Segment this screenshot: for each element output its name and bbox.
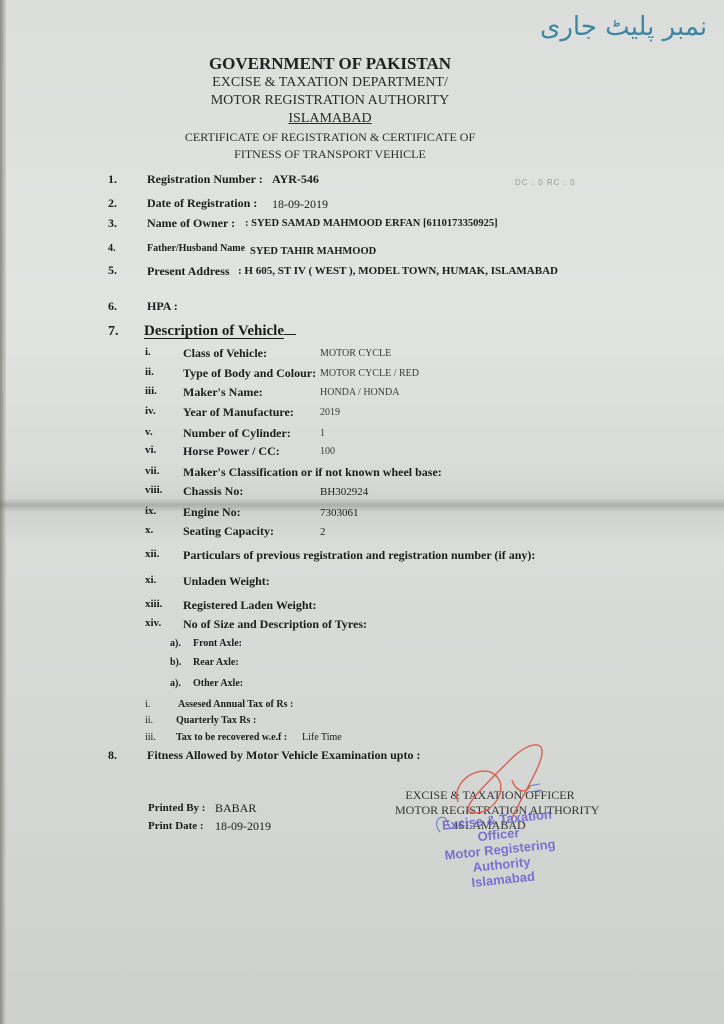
fitness-label: Fitness Allowed by Motor Vehicle Examina… <box>147 748 420 763</box>
registration-date-label: Date of Registration : <box>147 196 257 211</box>
tax-field-label: Tax to be recovered w.e.f : <box>176 732 287 743</box>
tax-item-number: ii. <box>145 715 153 726</box>
registration-date-value: 18-09-2019 <box>272 197 328 212</box>
vehicle-field-value: 2 <box>320 526 326 538</box>
registration-number-value: AYR-546 <box>272 172 319 187</box>
vehicle-field-label: Maker's Classification or if not known w… <box>183 465 442 480</box>
item-number: xiii. <box>145 598 162 610</box>
certificate-title-1: CERTIFICATE OF REGISTRATION & CERTIFICAT… <box>0 130 660 145</box>
field-number: 8. <box>108 748 117 763</box>
urdu-stamp: نمبر پلیٹ جاری <box>540 12 707 42</box>
vehicle-field-value: MOTOR CYCLE / RED <box>320 368 419 379</box>
vehicle-field-value: MOTOR CYCLE <box>320 348 391 359</box>
father-name-value: SYED TAHIR MAHMOOD <box>250 246 376 257</box>
official-stamp: Excise & Taxation Officer Motor Register… <box>421 804 578 894</box>
tyre-item-number: b). <box>170 657 181 668</box>
tyre-field-label: Front Axle: <box>193 638 242 649</box>
tyre-field-label: Other Axle: <box>193 678 243 689</box>
field-number: 6. <box>108 299 117 314</box>
item-number: xii. <box>145 548 159 560</box>
tax-field-value: Life Time <box>302 732 342 743</box>
field-number: 3. <box>108 216 117 231</box>
registration-number-label: Registration Number : <box>147 172 263 187</box>
printed-by-label: Printed By : <box>148 802 205 814</box>
dc-rc-code: DC : 0 RC : 0 <box>515 178 576 187</box>
item-number: iii. <box>145 385 157 397</box>
field-number: 1. <box>108 172 117 187</box>
field-number: 7. <box>108 324 119 340</box>
field-number: 4. <box>108 243 116 254</box>
father-name-label: Father/Husband Name <box>147 243 245 254</box>
title-authority: MOTOR REGISTRATION AUTHORITY <box>0 93 660 109</box>
print-date-label: Print Date : <box>148 820 204 832</box>
item-number: i. <box>145 346 151 358</box>
vehicle-field-value: 7303061 <box>320 507 359 519</box>
item-number: vii. <box>145 465 159 477</box>
title-city: ISLAMABAD <box>0 111 660 127</box>
tax-field-label: Assesed Annual Tax of Rs : <box>178 699 293 710</box>
item-number: iv. <box>145 405 156 417</box>
vehicle-field-label: Particulars of previous registration and… <box>183 548 535 563</box>
vehicle-field-label: No of Size and Description of Tyres: <box>183 617 367 632</box>
title-department: EXCISE & TAXATION DEPARTMENT/ <box>0 75 660 91</box>
item-number: ii. <box>145 366 154 378</box>
vehicle-field-label: Horse Power / CC: <box>183 444 280 459</box>
vehicle-field-label: Maker's Name: <box>183 385 263 400</box>
vehicle-field-label: Engine No: <box>183 505 241 520</box>
address-value: : H 605, ST IV ( WEST ), MODEL TOWN, HUM… <box>238 265 558 277</box>
hpa-label: HPA : <box>147 299 178 314</box>
item-number: vi. <box>145 444 156 456</box>
printed-by-value: BABAR <box>215 801 256 816</box>
tyre-item-number: a). <box>170 678 181 689</box>
vehicle-field-label: Class of Vehicle: <box>183 346 267 361</box>
tax-item-number: i. <box>145 699 150 710</box>
certificate-title-2: FITNESS OF TRANSPORT VEHICLE <box>0 147 660 162</box>
vehicle-field-value: BH302924 <box>320 486 368 498</box>
vehicle-field-label: Seating Capacity: <box>183 524 274 539</box>
tax-item-number: iii. <box>145 732 156 743</box>
item-number: ix. <box>145 505 156 517</box>
vehicle-field-value: 1 <box>320 428 325 439</box>
tax-field-label: Quarterly Tax Rs : <box>176 715 256 726</box>
vehicle-field-value: 100 <box>320 446 335 457</box>
owner-name-label: Name of Owner : <box>147 216 235 231</box>
city-text: ISLAMABAD <box>288 111 371 126</box>
vehicle-field-value: HONDA / HONDA <box>320 387 399 398</box>
print-date-value: 18-09-2019 <box>215 819 271 834</box>
vehicle-field-label: Chassis No: <box>183 484 243 499</box>
item-number: viii. <box>145 484 162 496</box>
paper-fold <box>0 498 724 512</box>
item-number: x. <box>145 524 153 536</box>
field-number: 2. <box>108 196 117 211</box>
vehicle-field-label: Registered Laden Weight: <box>183 598 317 613</box>
owner-name-value: : SYED SAMAD MAHMOOD ERFAN [611017335092… <box>245 218 498 229</box>
tyre-field-label: Rear Axle: <box>193 657 239 668</box>
item-number: xiv. <box>145 617 161 629</box>
title-government: GOVERNMENT OF PAKISTAN <box>0 54 660 74</box>
item-number: v. <box>145 426 153 438</box>
vehicle-field-label: Year of Manufacture: <box>183 405 294 420</box>
vehicle-field-label: Type of Body and Colour: <box>183 366 316 381</box>
item-number: xi. <box>145 574 156 586</box>
vehicle-field-label: Unladen Weight: <box>183 574 270 589</box>
vehicle-field-label: Number of Cylinder: <box>183 426 291 441</box>
field-number: 5. <box>108 263 117 278</box>
vehicle-field-value: 2019 <box>320 407 340 418</box>
vehicle-description-heading: Description of Vehicle <box>144 323 296 340</box>
tyre-item-number: a). <box>170 638 181 649</box>
address-label: Present Address <box>147 264 230 279</box>
